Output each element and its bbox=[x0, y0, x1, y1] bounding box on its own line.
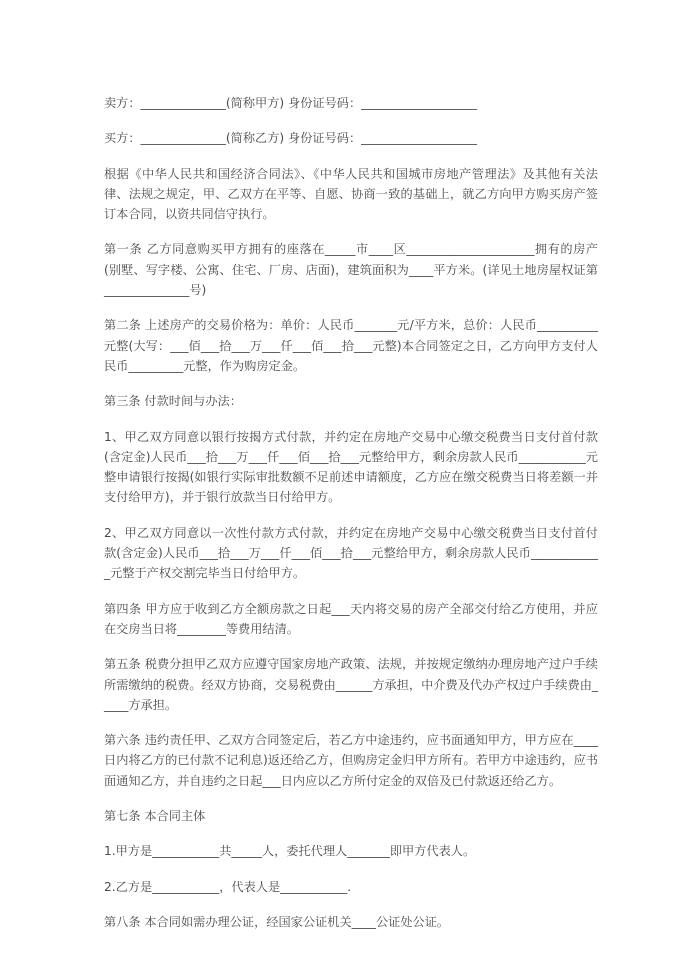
article-7-heading: 第七条 本合同主体 bbox=[104, 806, 598, 826]
article-2: 第二条 上述房产的交易价格为：单价：人民币_______元/平方米，总价：人民币… bbox=[104, 315, 598, 376]
article-8: 第八条 本合同如需办理公证，经国家公证机关____公证处公证。 bbox=[104, 912, 598, 932]
preamble: 根据《中华人民共和国经济合同法》、《中华人民共和国城市房地产管理法》及其他有关法… bbox=[104, 164, 598, 225]
seller-line: 卖方：______________(简称甲方) 身份证号码：__________… bbox=[104, 93, 598, 113]
article-7-item-1: 1.甲方是___________共_____人，委托代理人_______即甲方代… bbox=[104, 841, 598, 861]
article-6: 第六条 违约责任甲、乙双方合同签定后，若乙方中途违约，应书面通知甲方，甲方应在_… bbox=[104, 730, 598, 791]
buyer-line: 买方：______________(简称乙方) 身份证号码：__________… bbox=[104, 128, 598, 148]
article-7-item-2: 2.乙方是___________，代表人是___________. bbox=[104, 877, 598, 897]
article-5: 第五条 税费分担甲乙双方应遵守国家房地产政策、法规，并按规定缴纳办理房地产过户手… bbox=[104, 654, 598, 715]
article-3-item-1: 1、甲乙双方同意以银行按揭方式付款，并约定在房地产交易中心缴交税费当日支付首付款… bbox=[104, 427, 598, 508]
article-3-item-2: 2、甲乙双方同意以一次性付款方式付款，并约定在房地产交易中心缴交税费当日支付首付… bbox=[104, 523, 598, 584]
article-4: 第四条 甲方应于收到乙方全额房款之日起___天内将交易的房产全部交付给乙方使用，… bbox=[104, 599, 598, 640]
contract-document: 卖方：______________(简称甲方) 身份证号码：__________… bbox=[104, 93, 598, 947]
article-3-heading: 第三条 付款时间与办法： bbox=[104, 391, 598, 411]
article-1: 第一条 乙方同意购买甲方拥有的座落在_____市____区___________… bbox=[104, 239, 598, 300]
